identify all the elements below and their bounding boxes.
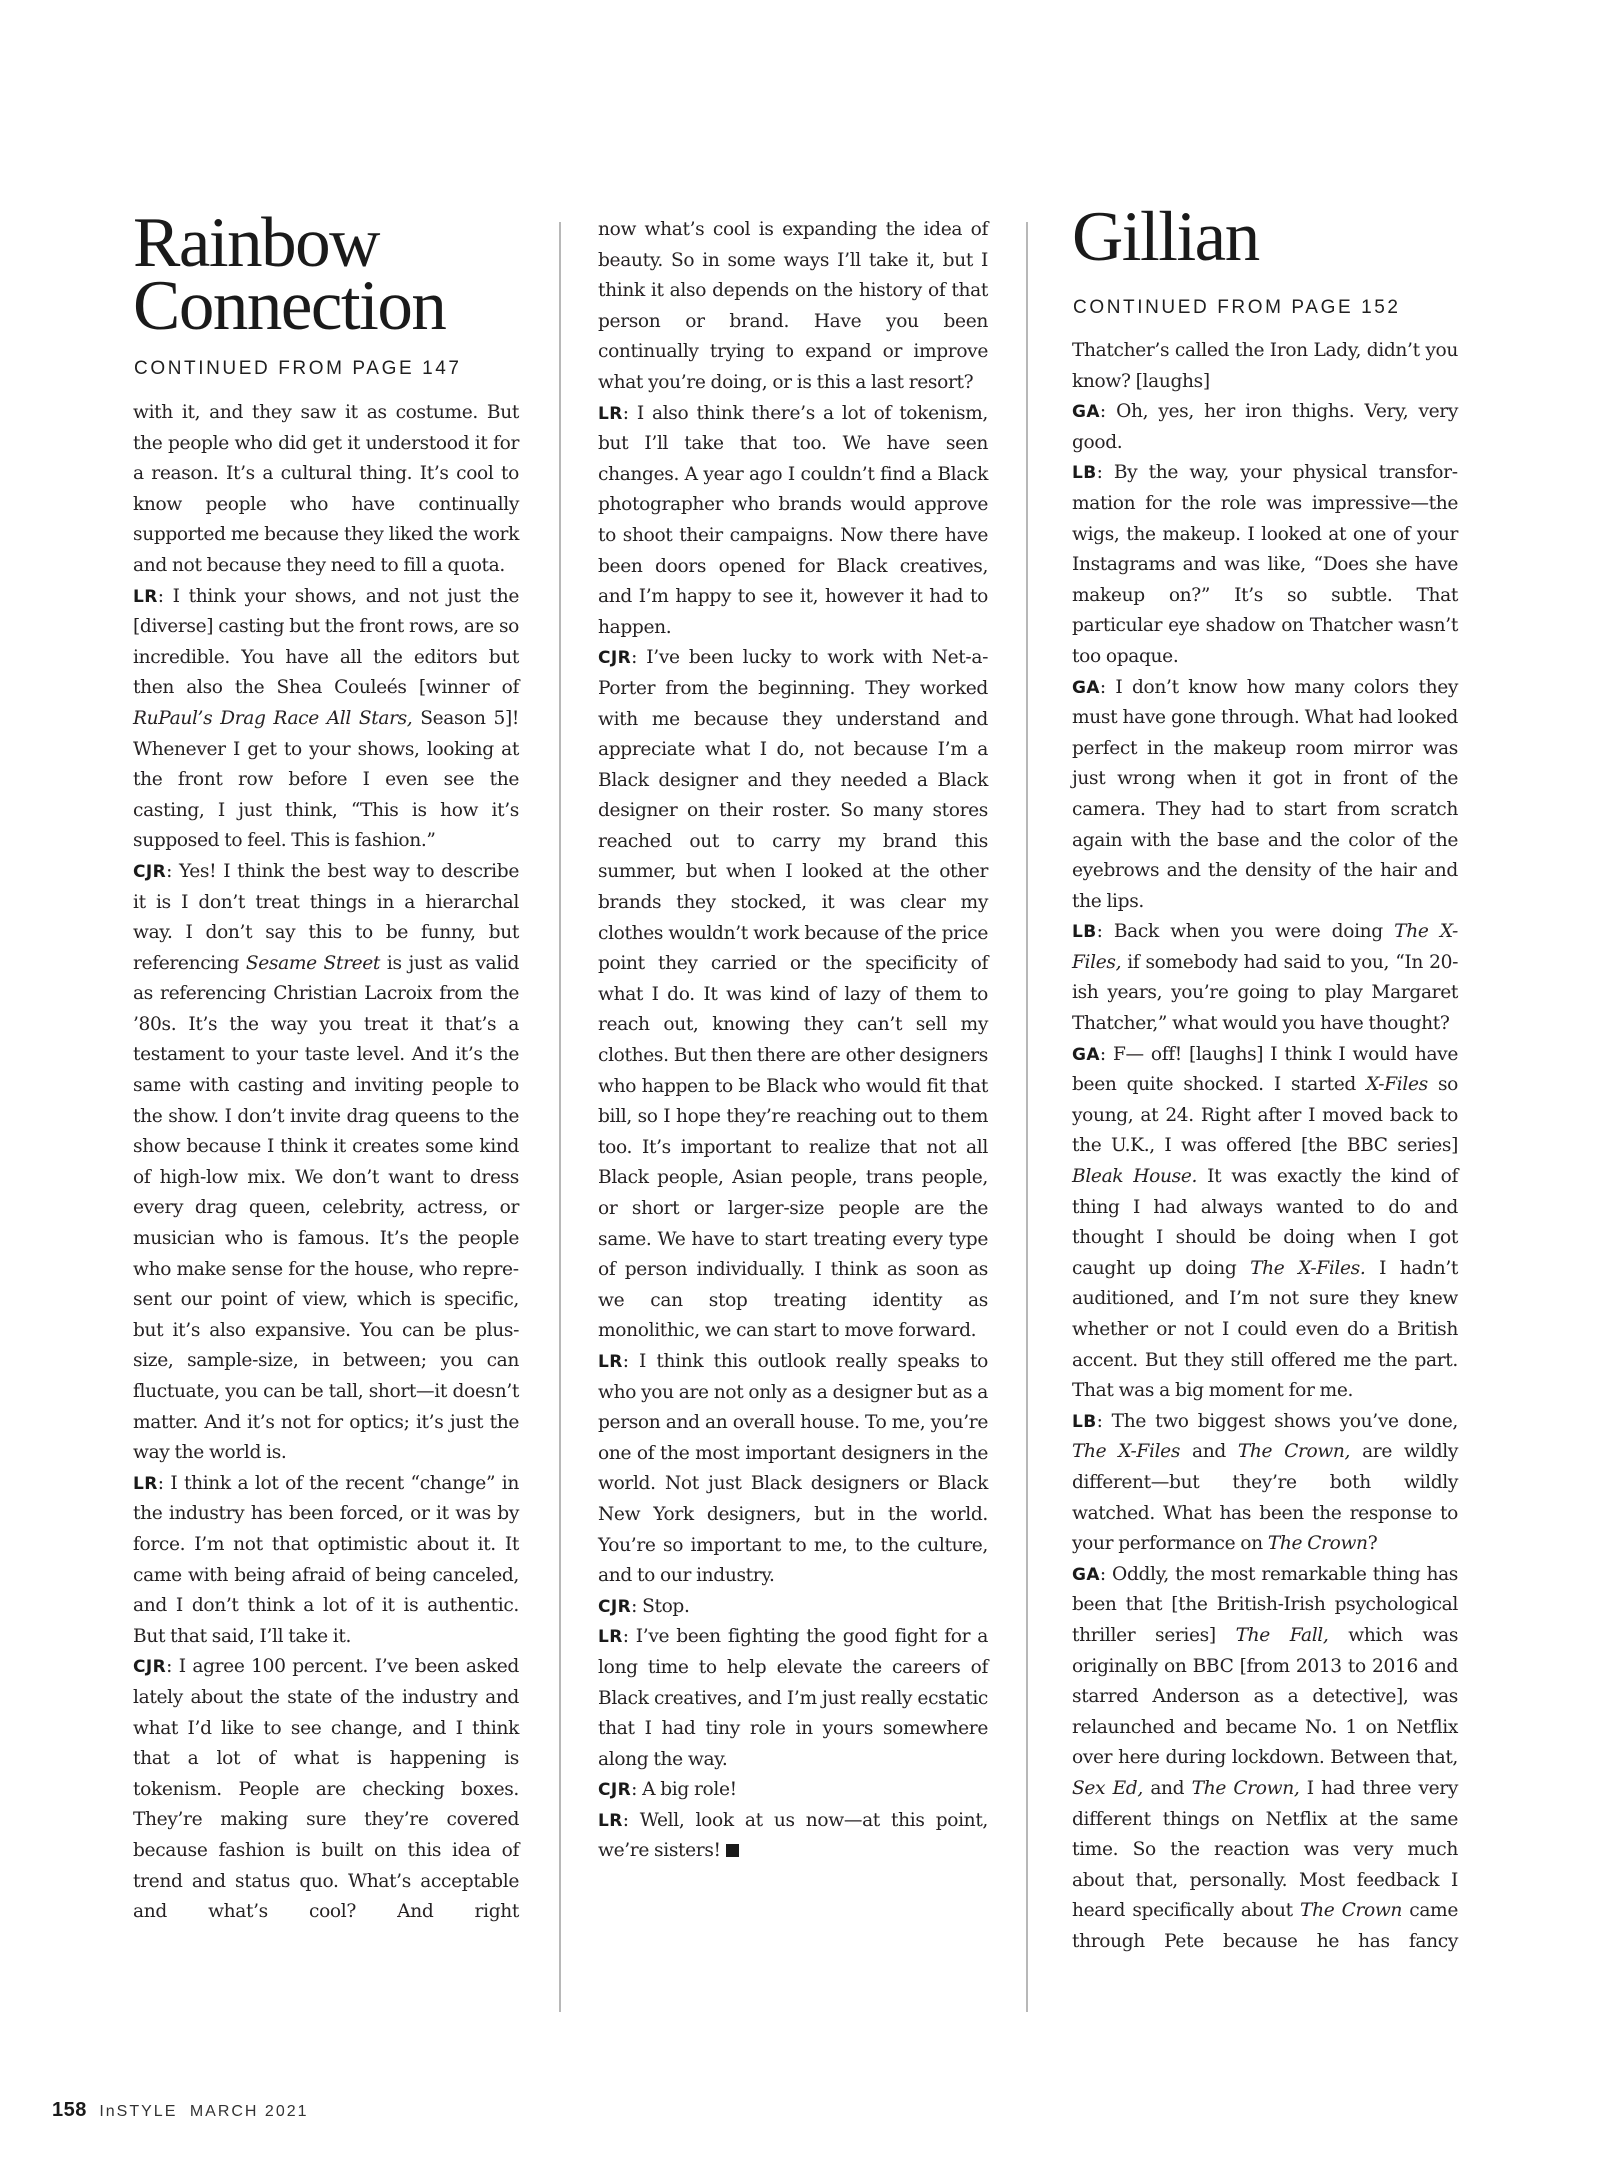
paragraph: GA: Oh, yes, her iron thighs. Very, very… — [1072, 397, 1458, 458]
article-body: with it, and they saw it as costume. But… — [133, 398, 519, 1928]
continued-from-kicker: CONTINUED FROM PAGE 152 — [1073, 297, 1401, 319]
paragraph: LB: By the way, your physical transfor­m… — [1072, 458, 1458, 672]
italic-title: The Crown, — [1192, 1778, 1300, 1799]
speaker-label: LR — [133, 1474, 158, 1494]
paragraph-text: is just as valid as referencing Christia… — [133, 953, 519, 1464]
paragraph: LB: The two biggest shows you’ve done, T… — [1072, 1407, 1458, 1560]
paragraph-text: I hadn’t auditioned, and I’m not sure th… — [1072, 1258, 1458, 1401]
paragraph-text: Back when you were doing — [1114, 921, 1394, 942]
speaker-label: CJR — [133, 1657, 166, 1677]
paragraph-text: Oh, yes, her iron thighs. Very, very goo… — [1072, 401, 1458, 453]
end-of-article-square-icon — [726, 1844, 739, 1857]
paragraph: LR: I’ve been fighting the good fight fo… — [598, 1622, 988, 1775]
speaker-label: LR — [598, 1352, 623, 1372]
paragraph: LB: Back when you were doing The X-Files… — [1072, 917, 1458, 1039]
speaker-label: LB — [1072, 1412, 1097, 1432]
italic-title: Sex Ed, — [1072, 1778, 1143, 1799]
paragraph-text: if somebody had said to you, “In 20-ish … — [1072, 952, 1458, 1034]
speaker-label: CJR — [598, 1780, 631, 1800]
paragraph: CJR: I’ve been lucky to work with Net-a-… — [598, 643, 988, 1347]
paragraph-text: I agree 100 percent. I’ve been asked lat… — [133, 1656, 519, 1922]
paragraph: with it, and they saw it as costume. But… — [133, 398, 519, 582]
page-folio: 158 InSTYLE MARCH 2021 — [52, 2099, 309, 2122]
paragraph-text: ? — [1368, 1533, 1378, 1554]
paragraph-text: I also think there’s a lot of token­ism,… — [598, 403, 988, 638]
italic-title: The Crown — [1268, 1533, 1368, 1554]
paragraph-text: and — [1143, 1778, 1192, 1799]
paragraph: CJR: I agree 100 percent. I’ve been aske… — [133, 1652, 519, 1927]
issue-date: MARCH 2021 — [190, 2103, 309, 2120]
paragraph: CJR: Stop. — [598, 1592, 988, 1623]
italic-title: The Crown, — [1238, 1441, 1350, 1462]
italic-title: RuPaul’s Drag Race All Stars, — [133, 708, 412, 729]
paragraph-text: and — [1180, 1441, 1238, 1462]
speaker-label: GA — [1072, 402, 1100, 422]
speaker-label: GA — [1072, 1045, 1100, 1065]
speaker-label: LB — [1072, 463, 1097, 483]
paragraph-text: I think a lot of the recent “change” in … — [133, 1473, 519, 1647]
paragraph-text: By the way, your physical transfor­matio… — [1072, 462, 1458, 667]
italic-title: The Fall, — [1236, 1625, 1329, 1646]
speaker-label: GA — [1072, 678, 1100, 698]
article-body: Thatcher’s called the Iron Lady, didn’t … — [1072, 336, 1458, 1957]
continued-from-kicker: CONTINUED FROM PAGE 147 — [134, 358, 462, 380]
paragraph: GA: I don’t know how many colors they mu… — [1072, 673, 1458, 918]
italic-title: The X-Files. — [1250, 1258, 1365, 1279]
paragraph: now what’s cool is expanding the idea of… — [598, 215, 988, 399]
column-divider — [559, 222, 561, 2012]
speaker-label: LR — [133, 587, 158, 607]
paragraph-text: Stop. — [642, 1596, 689, 1617]
page-number: 158 — [52, 2099, 87, 2121]
paragraph-text: The two biggest shows you’ve done, — [1112, 1411, 1458, 1432]
paragraph-text: I don’t know how many colors they must h… — [1072, 677, 1458, 912]
paragraph: LR: I also think there’s a lot of token­… — [598, 399, 988, 644]
paragraph: LR: I think your shows, and not just the… — [133, 582, 519, 857]
speaker-label: CJR — [133, 862, 166, 882]
italic-title: X-Files — [1366, 1074, 1428, 1095]
paragraph: Thatcher’s called the Iron Lady, didn’t … — [1072, 336, 1458, 397]
speaker-label: CJR — [598, 1597, 631, 1617]
magazine-name: InSTYLE — [99, 2103, 177, 2120]
paragraph-text: I’ve been fighting the good fight for a … — [598, 1626, 988, 1769]
column-divider — [1026, 222, 1028, 2012]
paragraph-text: Well, look at us now—at this point, we’r… — [598, 1810, 988, 1862]
speaker-label: LR — [598, 404, 623, 424]
speaker-label: LR — [598, 1627, 623, 1647]
paragraph-text: I’ve been lucky to work with Net-a-Porte… — [598, 647, 988, 1341]
paragraph: CJR: Yes! I think the best way to de­scr… — [133, 857, 519, 1469]
paragraph-text: with it, and they saw it as costume. But… — [133, 402, 519, 576]
italic-title: The X-Files — [1072, 1441, 1180, 1462]
paragraph-text: Season 5]! Whenever I get to your shows,… — [133, 708, 519, 851]
paragraph-text: I think this outlook really speaks to wh… — [598, 1351, 988, 1586]
article-title-rainbow-connection: Rainbow Connection — [133, 212, 445, 338]
paragraph-text: A big role! — [642, 1779, 737, 1800]
paragraph-text: Thatcher’s called the Iron Lady, didn’t … — [1072, 340, 1458, 392]
paragraph-text: now what’s cool is expanding the idea of… — [598, 219, 988, 393]
paragraph: LR: I think a lot of the recent “change”… — [133, 1469, 519, 1653]
italic-title: Sesame Street — [246, 953, 380, 974]
speaker-label: LB — [1072, 922, 1097, 942]
paragraph: CJR: A big role! — [598, 1775, 988, 1806]
title-line: Connection — [133, 267, 445, 345]
paragraph: GA: Oddly, the most remarkable thing has… — [1072, 1560, 1458, 1958]
paragraph-text: I think your shows, and not just the [di… — [133, 586, 519, 699]
paragraph: LR: I think this outlook really speaks t… — [598, 1347, 988, 1592]
speaker-label: LR — [598, 1811, 623, 1831]
speaker-label: CJR — [598, 648, 631, 668]
paragraph: LR: Well, look at us now—at this point, … — [598, 1806, 988, 1867]
article-title-gillian: Gillian — [1072, 206, 1259, 269]
italic-title: The Crown — [1300, 1900, 1402, 1921]
speaker-label: GA — [1072, 1565, 1100, 1585]
article-body: now what’s cool is expanding the idea of… — [598, 215, 988, 1867]
italic-title: Bleak House. — [1072, 1166, 1197, 1187]
paragraph-text: which was originally on BBC [from 2013 t… — [1072, 1625, 1458, 1768]
paragraph: GA: F— off! [laughs] I think I would hav… — [1072, 1040, 1458, 1407]
